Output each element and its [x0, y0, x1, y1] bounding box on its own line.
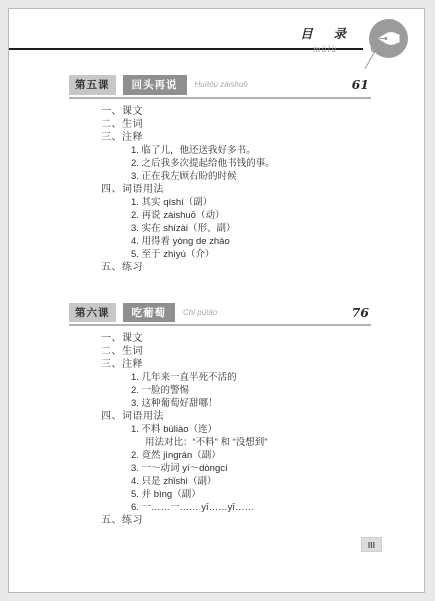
lesson-number-badge: 第五课: [69, 75, 116, 95]
section-label: 三、注释: [101, 131, 371, 144]
section-label: 四、词语用法: [101, 183, 371, 196]
scan-background: 目 录 mùlù 第五课 回头再说 Huítóu zàishuō 61: [0, 0, 435, 601]
lesson-page-number: 61: [352, 77, 371, 92]
section-item-note: 用法对比：“不料” 和 “没想到”: [145, 436, 371, 449]
section-item: 3. 正在我左顾右盼的时候: [131, 170, 371, 183]
lesson-pinyin: Chī pútáo: [183, 308, 352, 317]
toc-content: 第五课 回头再说 Huítóu zàishuō 61 一、课文 二、生词 三、注…: [9, 75, 424, 527]
section-label: 一、课文: [101, 105, 371, 118]
section-item: 2. 一脸的警惕: [131, 384, 371, 397]
lesson-6-sections: 一、课文 二、生词 三、注释 1. 几年来一直半死不活的 2. 一脸的警惕 3.…: [69, 326, 371, 527]
lesson-pinyin: Huítóu zàishuō: [195, 80, 352, 89]
page-title: 目 录: [300, 24, 350, 42]
page-number: III: [361, 537, 382, 552]
section-item: 6. 一……一…… yī……yī……: [131, 501, 371, 514]
section-item: 2. 之后我多次提起给他书钱的事。: [131, 157, 371, 170]
lesson-6-block: 第六课 吃葡萄 Chī pútáo 76 一、课文 二、生词 三、注释 1. 几…: [69, 303, 371, 528]
section-item: 1. 其实 qíshí（副）: [131, 196, 371, 209]
lesson-5-sections: 一、课文 二、生词 三、注释 1. 临了儿，他还送我好多书。 2. 之后我多次提…: [69, 99, 371, 274]
lesson-5-header: 第五课 回头再说 Huítóu zàishuō 61: [69, 75, 371, 99]
lesson-6-header: 第六课 吃葡萄 Chī pútáo 76: [69, 303, 371, 327]
lesson-page-number: 76: [352, 305, 371, 320]
section-item: 5. 至于 zhìyú（介）: [131, 248, 371, 261]
section-label: 四、词语用法: [101, 410, 371, 423]
section-label: 五、练习: [101, 514, 371, 527]
section-item: 2. 再说 zàishuō（动）: [131, 209, 371, 222]
lesson-title-badge: 吃葡萄: [123, 303, 176, 323]
section-label: 二、生词: [101, 118, 371, 131]
section-item: 4. 只是 zhǐshì（副）: [131, 475, 371, 488]
section-label: 三、注释: [101, 358, 371, 371]
section-label: 二、生词: [101, 345, 371, 358]
pen-nib-icon: [375, 25, 402, 52]
page-title-pinyin: mùlù: [300, 45, 350, 54]
section-item: 1. 不料 búliào（连）: [131, 423, 371, 436]
section-item: 3. 实在 shízài（形、副）: [131, 222, 371, 235]
section-item: 5. 并 bìng（副）: [131, 488, 371, 501]
section-item: 1. 几年来一直半死不活的: [131, 371, 371, 384]
toc-title: 目 录 mùlù: [300, 24, 350, 54]
section-item: 1. 临了儿，他还送我好多书。: [131, 144, 371, 157]
publisher-logo: [369, 19, 408, 58]
lesson-number-badge: 第六课: [69, 303, 116, 323]
section-item: 3. 这种葡萄好甜哪！: [131, 397, 371, 410]
section-item: 2. 竟然 jìngrán（副）: [131, 449, 371, 462]
section-label: 一、课文: [101, 332, 371, 345]
book-page: 目 录 mùlù 第五课 回头再说 Huítóu zàishuō 61: [8, 8, 425, 593]
section-item: 4. 用得着 yòng de zháo: [131, 235, 371, 248]
section-label: 五、练习: [101, 261, 371, 274]
lesson-5-block: 第五课 回头再说 Huítóu zàishuō 61 一、课文 二、生词 三、注…: [69, 75, 371, 274]
lesson-title-badge: 回头再说: [123, 75, 187, 95]
section-item: 3. 一～动词 yí～dòngcí: [131, 462, 371, 475]
